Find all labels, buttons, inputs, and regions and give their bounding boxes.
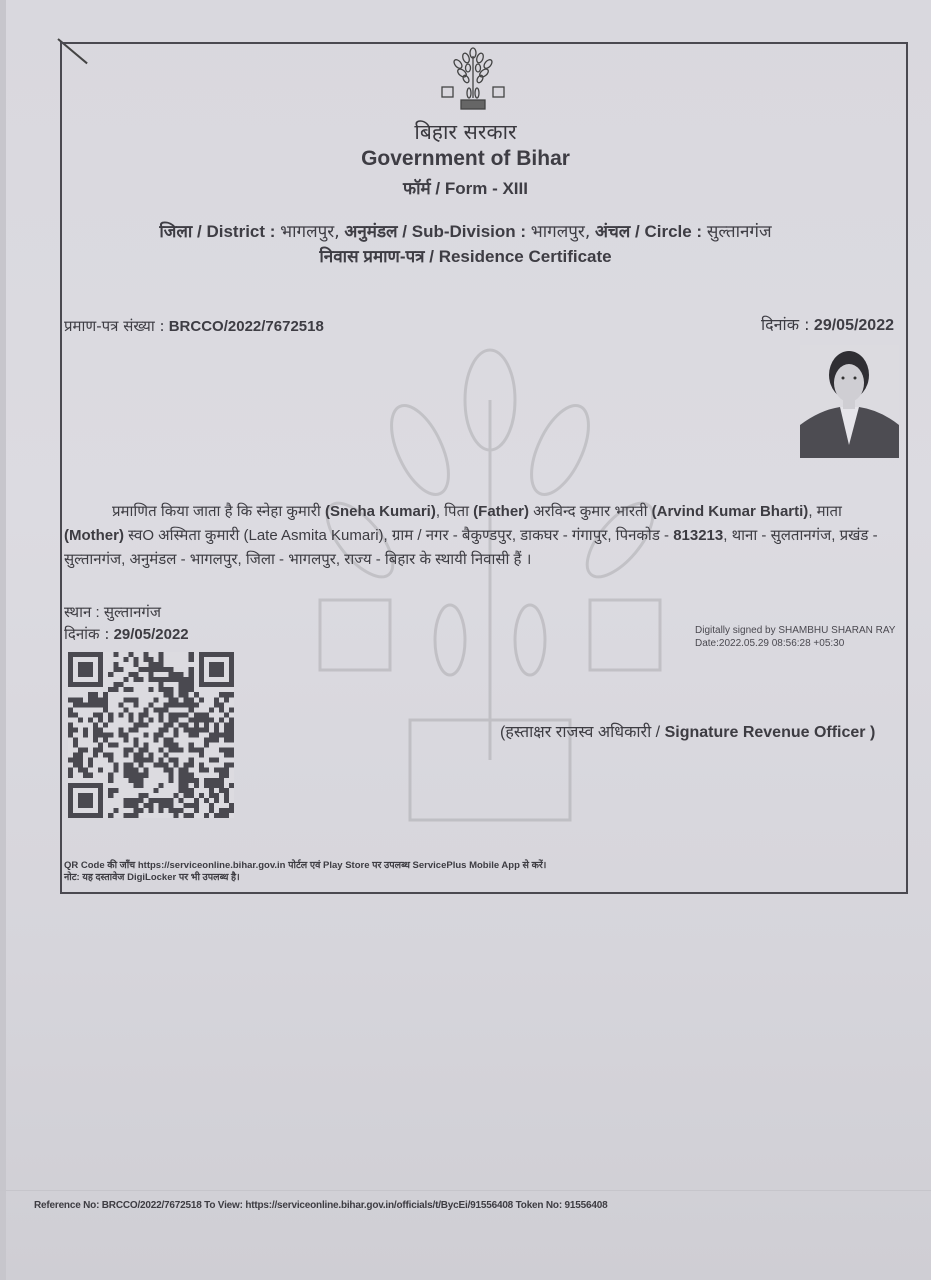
- issue-date-label: दिनांक :: [64, 625, 109, 643]
- bihar-emblem-icon: [436, 46, 510, 112]
- watermark-emblem-icon: [300, 340, 680, 840]
- signature-label: (हस्ताक्षर राजस्व अधिकारी / Signature Re…: [500, 720, 875, 742]
- certificate-date: दिनांक : 29/05/2022: [761, 313, 894, 335]
- address-text: , ग्राम / नगर - बैकुण्डपुर, डाकघर - गंगा…: [384, 527, 674, 544]
- body-text-segment: , पिता: [436, 503, 473, 520]
- certificate-body: प्रमाणित किया जाता है कि स्नेहा कुमारी (…: [64, 500, 902, 572]
- footnotes: QR Code की जाँच https://serviceonline.bi…: [64, 860, 546, 884]
- footer-divider: [0, 1190, 931, 1191]
- subdivision-value: भागलपुर,: [531, 222, 590, 242]
- form-number: फॉर्म / Form - XIII: [0, 176, 931, 199]
- hindi-government-title: बिहार सरकार: [0, 118, 931, 146]
- circle-value: सुल्तानगंज: [707, 222, 772, 242]
- certificate-number: प्रमाण-पत्र संख्या : BRCCO/2022/7672518: [64, 316, 324, 336]
- mother-tag: (Mother): [64, 527, 124, 544]
- government-title: Government of Bihar: [0, 147, 931, 171]
- signature-label-hindi: (हस्ताक्षर राजस्व अधिकारी /: [500, 724, 665, 741]
- district-value: भागलपुर,: [280, 222, 339, 242]
- digital-signature-signer: Digitally signed by SHAMBHU SHARAN RAY: [695, 624, 895, 637]
- issue-date-value: 29/05/2022: [114, 626, 189, 643]
- father-name-hindi: अरविन्द कुमार भारती: [529, 503, 652, 520]
- circle-label: अंचल / Circle :: [595, 222, 702, 241]
- certificate-type: निवास प्रमाण-पत्र / Residence Certificat…: [0, 244, 931, 267]
- digital-signature: Digitally signed by SHAMBHU SHARAN RAY D…: [695, 624, 895, 650]
- father-tag: (Father): [473, 503, 529, 520]
- qr-verification-note: QR Code की जाँच https://serviceonline.bi…: [64, 860, 546, 872]
- issue-date: दिनांक : 29/05/2022: [64, 624, 189, 644]
- certificate-number-value: BRCCO/2022/7672518: [169, 318, 324, 335]
- digital-signature-date: Date:2022.05.29 08:56:28 +05:30: [695, 637, 895, 650]
- applicant-photo: [800, 345, 899, 458]
- applicant-name: (Sneha Kumari): [325, 503, 436, 520]
- certificate-date-value: 29/05/2022: [814, 317, 894, 334]
- issue-place: स्थान : सुल्तानगंज: [64, 602, 161, 622]
- certificate-date-label: दिनांक :: [761, 315, 809, 334]
- digilocker-note: नोट: यह दस्तावेज DigiLocker पर भी उपलब्ध…: [64, 872, 546, 884]
- body-text-segment: , माता: [808, 503, 842, 520]
- certificate-number-label: प्रमाण-पत्र संख्या :: [64, 317, 165, 335]
- signature-label-english: Signature Revenue Officer ): [665, 724, 876, 741]
- qr-code[interactable]: [68, 650, 234, 820]
- district-label: जिला / District :: [159, 222, 275, 241]
- pincode: 813213: [673, 527, 723, 544]
- mother-name-hindi: स्वO अस्मिता कुमारी: [124, 527, 244, 544]
- subdivision-label: अनुमंडल / Sub-Division :: [344, 222, 526, 241]
- father-name: (Arvind Kumar Bharti): [652, 503, 809, 520]
- body-text-segment: प्रमाणित किया जाता है कि स्नेहा कुमारी: [112, 503, 325, 520]
- jurisdiction-line: जिला / District : भागलपुर, अनुमंडल / Sub…: [0, 219, 931, 242]
- reference-footer: Reference No: BRCCO/2022/7672518 To View…: [34, 1200, 607, 1211]
- mother-name: (Late Asmita Kumari): [244, 527, 384, 544]
